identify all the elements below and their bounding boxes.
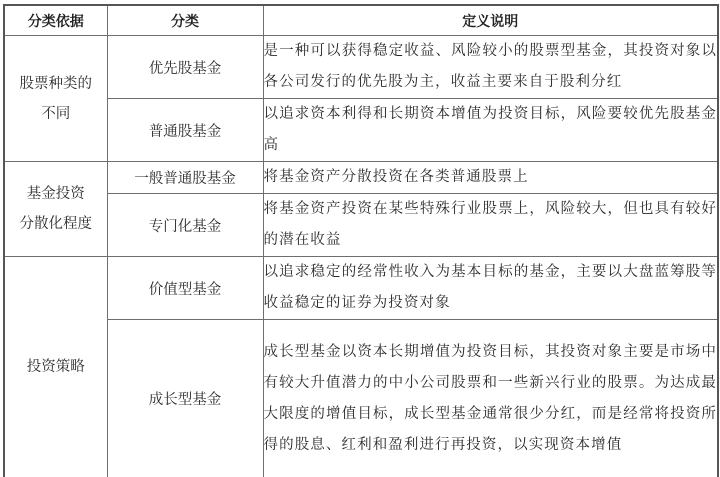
basis-line: 不同: [5, 99, 107, 129]
fund-classification-table: 分类依据 分类 定义说明 股票种类的 不同 优先股基金 是一种可以获得稳定收益、…: [3, 4, 719, 477]
header-category: 分类: [107, 5, 263, 36]
table-row: 股票种类的 不同 优先股基金 是一种可以获得稳定收益、风险较小的股票型基金，其投…: [4, 36, 718, 99]
basis-line: 投资策略: [5, 352, 107, 382]
basis-line: 分散化程度: [5, 209, 107, 239]
definition-cell: 成长型基金以资本长期增值为投资目标，其投资对象主要是市场中有较大升值潜力的中小公…: [263, 320, 718, 477]
category-cell: 优先股基金: [107, 36, 263, 99]
table-row: 投资策略 价值型基金 以追求稳定的经常性收入为基本目标的基金，主要以大盘蓝筹股等…: [4, 257, 718, 320]
basis-cell: 基金投资 分散化程度: [4, 162, 107, 257]
basis-cell: 股票种类的 不同: [4, 36, 107, 162]
category-cell: 成长型基金: [107, 320, 263, 477]
category-cell: 一般普通股基金: [107, 162, 263, 194]
basis-line: 基金投资: [5, 179, 107, 209]
category-cell: 价值型基金: [107, 257, 263, 320]
header-definition: 定义说明: [263, 5, 718, 36]
table-row: 成长型基金 成长型基金以资本长期增值为投资目标，其投资对象主要是市场中有较大升值…: [4, 320, 718, 477]
category-cell: 专门化基金: [107, 194, 263, 257]
definition-cell: 是一种可以获得稳定收益、风险较小的股票型基金，其投资对象以各公司发行的优先股为主…: [263, 36, 718, 99]
basis-line: 股票种类的: [5, 69, 107, 99]
definition-cell: 以追求稳定的经常性收入为基本目标的基金，主要以大盘蓝筹股等收益稳定的证券为投资对…: [263, 257, 718, 320]
table-row: 普通股基金 以追求资本利得和长期资本增值为投资目标，风险要较优先股基金高: [4, 99, 718, 162]
basis-cell: 投资策略: [4, 257, 107, 477]
header-basis: 分类依据: [4, 5, 107, 36]
category-cell: 普通股基金: [107, 99, 263, 162]
definition-cell: 以追求资本利得和长期资本增值为投资目标，风险要较优先股基金高: [263, 99, 718, 162]
definition-cell: 将基金资产投资在某些特殊行业股票上，风险较大，但也具有较好的潜在收益: [263, 194, 718, 257]
table-row: 基金投资 分散化程度 一般普通股基金 将基金资产分散投资在各类普通股票上: [4, 162, 718, 194]
definition-cell: 将基金资产分散投资在各类普通股票上: [263, 162, 718, 194]
table-row: 专门化基金 将基金资产投资在某些特殊行业股票上，风险较大，但也具有较好的潜在收益: [4, 194, 718, 257]
header-row: 分类依据 分类 定义说明: [4, 5, 718, 36]
